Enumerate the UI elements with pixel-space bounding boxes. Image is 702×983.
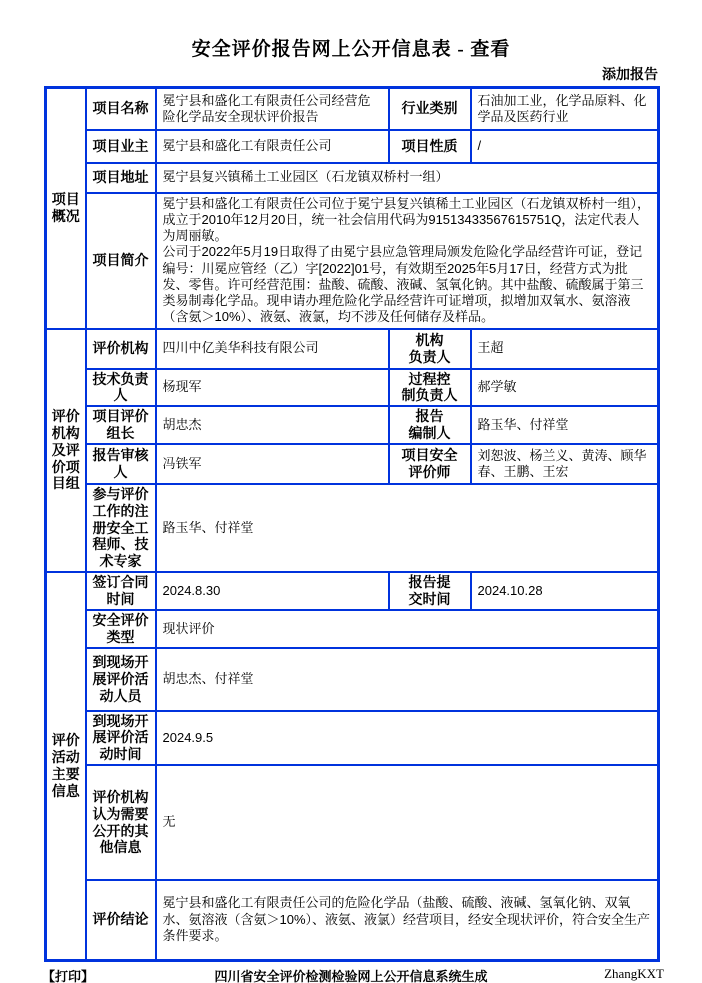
page-title: 安全评价报告网上公开信息表 - 查看 xyxy=(0,34,702,61)
table-row: 评价结论 冕宁县和盛化工有限责任公司的危险化学品（盐酸、硫酸、液碱、氢氧化钠、双… xyxy=(46,880,659,960)
field-label-report-submit-date: 报告提 交时间 xyxy=(389,572,471,610)
field-label-eval-group-leader: 项目评价 组长 xyxy=(86,406,156,444)
table-row: 安全评价 类型 现状评价 xyxy=(46,610,659,648)
field-label-project-brief: 项目简介 xyxy=(86,193,156,329)
field-label-report-reviewer: 报告审核 人 xyxy=(86,444,156,484)
field-value-process-control-head: 郝学敏 xyxy=(471,369,659,407)
table-row: 项目业主 冕宁县和盛化工有限责任公司 项目性质 / xyxy=(46,130,659,163)
table-row: 评价机构 认为需要 公开的其 他信息 无 xyxy=(46,765,659,880)
group-label-project-overview: 项目 概况 xyxy=(46,88,86,329)
field-value-report-compilers: 路玉华、付祥堂 xyxy=(471,406,659,444)
table-row: 项目 概况 项目名称 冕宁县和盛化工有限责任公司经营危险化学品安全现状评价报告 … xyxy=(46,88,659,130)
field-value-onsite-personnel: 胡忠杰、付祥堂 xyxy=(156,648,659,711)
field-value-report-submit-date: 2024.10.28 xyxy=(471,572,659,610)
field-value-registered-engineers: 路玉华、付祥堂 xyxy=(156,484,659,572)
field-label-org-head: 机构 负责人 xyxy=(389,329,471,369)
field-value-tech-head: 杨现军 xyxy=(156,369,389,407)
table-row: 评价 机构 及评 价项 目组 评价机构 四川中亿美华科技有限公司 机构 负责人 … xyxy=(46,329,659,369)
add-report-link[interactable]: 添加报告 xyxy=(602,64,658,84)
field-value-onsite-date: 2024.9.5 xyxy=(156,711,659,765)
field-value-eval-org: 四川中亿美华科技有限公司 xyxy=(156,329,389,369)
field-value-project-brief: 冕宁县和盛化工有限责任公司位于冕宁县复兴镇稀土工业园区（石龙镇双桥村一组），成立… xyxy=(156,193,659,329)
table-row: 到现场开 展评价活 动人员 胡忠杰、付祥堂 xyxy=(46,648,659,711)
print-button[interactable]: 【打印】 xyxy=(42,966,94,983)
field-value-safety-evaluators: 刘恕波、杨兰义、黄涛、顾华春、王鹏、王宏 xyxy=(471,444,659,484)
field-value-contract-sign-date: 2024.8.30 xyxy=(156,572,389,610)
table-row: 项目地址 冕宁县复兴镇稀土工业园区（石龙镇双桥村一组） xyxy=(46,163,659,193)
field-value-project-nature: / xyxy=(471,130,659,163)
field-value-project-address: 冕宁县复兴镇稀土工业园区（石龙镇双桥村一组） xyxy=(156,163,659,193)
field-label-project-address: 项目地址 xyxy=(86,163,156,193)
table-row: 到现场开 展评价活 动时间 2024.9.5 xyxy=(46,711,659,765)
table-row: 报告审核 人 冯铁军 项目安全 评价师 刘恕波、杨兰义、黄涛、顾华春、王鹏、王宏 xyxy=(46,444,659,484)
table-row: 参与评价 工作的注 册安全工 程师、技 术专家 路玉华、付祥堂 xyxy=(46,484,659,572)
field-value-org-head: 王超 xyxy=(471,329,659,369)
field-label-tech-head: 技术负责 人 xyxy=(86,369,156,407)
footer-generated-by: 四川省安全评价检测检验网上公开信息系统生成 xyxy=(0,966,702,983)
field-label-project-name: 项目名称 xyxy=(86,88,156,130)
field-label-safety-evaluators: 项目安全 评价师 xyxy=(389,444,471,484)
group-label-eval-activity-info: 评价 活动 主要 信息 xyxy=(46,572,86,960)
field-label-project-nature: 项目性质 xyxy=(389,130,471,163)
field-label-other-public-info: 评价机构 认为需要 公开的其 他信息 xyxy=(86,765,156,880)
add-report-bar: 添加报告 xyxy=(0,64,658,84)
field-value-eval-group-leader: 胡忠杰 xyxy=(156,406,389,444)
field-label-eval-org: 评价机构 xyxy=(86,329,156,369)
field-label-conclusion: 评价结论 xyxy=(86,880,156,960)
field-label-onsite-date: 到现场开 展评价活 动时间 xyxy=(86,711,156,765)
field-value-report-reviewer: 冯铁军 xyxy=(156,444,389,484)
field-label-registered-engineers: 参与评价 工作的注 册安全工 程师、技 术专家 xyxy=(86,484,156,572)
page: 安全评价报告网上公开信息表 - 查看 添加报告 项目 概况 项目名称 冕宁县和盛… xyxy=(0,0,702,983)
table-row: 项目评价 组长 胡忠杰 报告 编制人 路玉华、付祥堂 xyxy=(46,406,659,444)
field-label-process-control-head: 过程控 制负责人 xyxy=(389,369,471,407)
field-value-project-name: 冕宁县和盛化工有限责任公司经营危险化学品安全现状评价报告 xyxy=(156,88,389,130)
field-label-onsite-personnel: 到现场开 展评价活 动人员 xyxy=(86,648,156,711)
group-label-eval-org-team: 评价 机构 及评 价项 目组 xyxy=(46,329,86,573)
table-row: 项目简介 冕宁县和盛化工有限责任公司位于冕宁县复兴镇稀土工业园区（石龙镇双桥村一… xyxy=(46,193,659,329)
table-row: 评价 活动 主要 信息 签订合同 时间 2024.8.30 报告提 交时间 20… xyxy=(46,572,659,610)
field-value-other-public-info: 无 xyxy=(156,765,659,880)
field-value-conclusion: 冕宁县和盛化工有限责任公司的危险化学品（盐酸、硫酸、液碱、氢氧化钠、双氧水、氨溶… xyxy=(156,880,659,960)
footer-username: ZhangKXT xyxy=(604,966,664,982)
field-value-eval-type: 现状评价 xyxy=(156,610,659,648)
footer: 【打印】 四川省安全评价检测检验网上公开信息系统生成 ZhangKXT xyxy=(0,966,702,983)
field-value-project-owner: 冕宁县和盛化工有限责任公司 xyxy=(156,130,389,163)
field-label-contract-sign-date: 签订合同 时间 xyxy=(86,572,156,610)
table-row: 技术负责 人 杨现军 过程控 制负责人 郝学敏 xyxy=(46,369,659,407)
field-label-project-owner: 项目业主 xyxy=(86,130,156,163)
public-info-table: 项目 概况 项目名称 冕宁县和盛化工有限责任公司经营危险化学品安全现状评价报告 … xyxy=(44,86,660,962)
field-label-eval-type: 安全评价 类型 xyxy=(86,610,156,648)
field-value-industry-category: 石油加工业，化学品原料、化学品及医药行业 xyxy=(471,88,659,130)
field-label-industry-category: 行业类别 xyxy=(389,88,471,130)
field-label-report-compilers: 报告 编制人 xyxy=(389,406,471,444)
